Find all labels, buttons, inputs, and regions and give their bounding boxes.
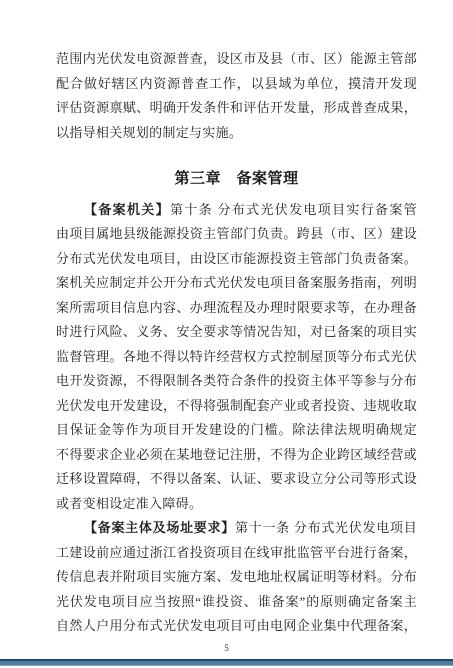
text-line: 工建设前应通过浙江省投资项目在线审批监管平台进行备案，上 — [56, 541, 417, 566]
text-line: 自然人户用分布式光伏发电项目可由电网企业集中代理备案，也 — [56, 614, 417, 639]
text-line: 分布式光伏发电项目，由设区市能源投资主管部门负责备案。备 — [56, 247, 417, 272]
text-line: 【备案主体及场址要求】第十一条 分布式光伏发电项目开 — [56, 516, 417, 541]
text-line: 目保证金等作为项目开发建设的门槛。除法律法规明确规定外， — [56, 418, 417, 443]
clause-label: 【备案主体及场址要求】 — [84, 520, 235, 535]
text-line: 案机关应制定并公开分布式光伏发电项目备案服务指南，列明备 — [56, 271, 417, 296]
text-line: 传信息表并附项目实施方案、发电地址权属证明等材料。分布式 — [56, 565, 417, 590]
text-line: 监督管理。各地不得以特许经营权方式控制屋顶等分布式光伏发 — [56, 345, 417, 370]
text-line: 光伏发电开发建设，不得将强制配套产业或者投资、违规收取项 — [56, 394, 417, 419]
page-number: 5 — [0, 643, 453, 653]
text-line: 由项目属地县级能源投资主管部门负责。跨县（市、区）建设的 — [56, 222, 417, 247]
text-line: 光伏发电项目应当按照“谁投资、谁备案”的原则确定备案主体。 — [56, 590, 417, 615]
text-line: 案所需项目信息内容、办理流程及办理时限要求等，在办理备案 — [56, 296, 417, 321]
footer-bar-bottom-line — [0, 665, 453, 667]
text-line: 范围内光伏发电资源普查，设区市及县（市、区）能源主管部门 — [56, 47, 417, 72]
text-line: 迁移设置障碍，不得以备案、认证、要求设立分公司等形式设定 — [56, 467, 417, 492]
footer-bar — [0, 659, 453, 666]
clause-label: 【备案机关】 — [84, 202, 170, 217]
text-line: 或者变相设定准入障碍。 — [56, 492, 417, 517]
document-page: 范围内光伏发电资源普查，设区市及县（市、区）能源主管部门配合做好辖区内资源普查工… — [0, 0, 453, 668]
text-line: 以指导相关规划的制定与实施。 — [56, 121, 417, 146]
text-line: 不得要求企业必须在某地登记注册，不得为企业跨区域经营或者 — [56, 443, 417, 468]
text-line: 【备案机关】第十条 分布式光伏发电项目实行备案管理， — [56, 198, 417, 223]
text-line: 评估资源禀赋、明确开发条件和评估开发量，形成普查成果，用 — [56, 96, 417, 121]
text-line: 配合做好辖区内资源普查工作，以县域为单位，摸清开发现状、 — [56, 72, 417, 97]
text-line: 电开发资源，不得限制各类符合条件的投资主体平等参与分布式 — [56, 369, 417, 394]
chapter-heading: 第三章 备案管理 — [56, 167, 417, 192]
text-line: 时进行风险、义务、安全要求等情况告知，对已备案的项目实施 — [56, 320, 417, 345]
document-content: 范围内光伏发电资源普查，设区市及县（市、区）能源主管部门配合做好辖区内资源普查工… — [56, 47, 417, 639]
